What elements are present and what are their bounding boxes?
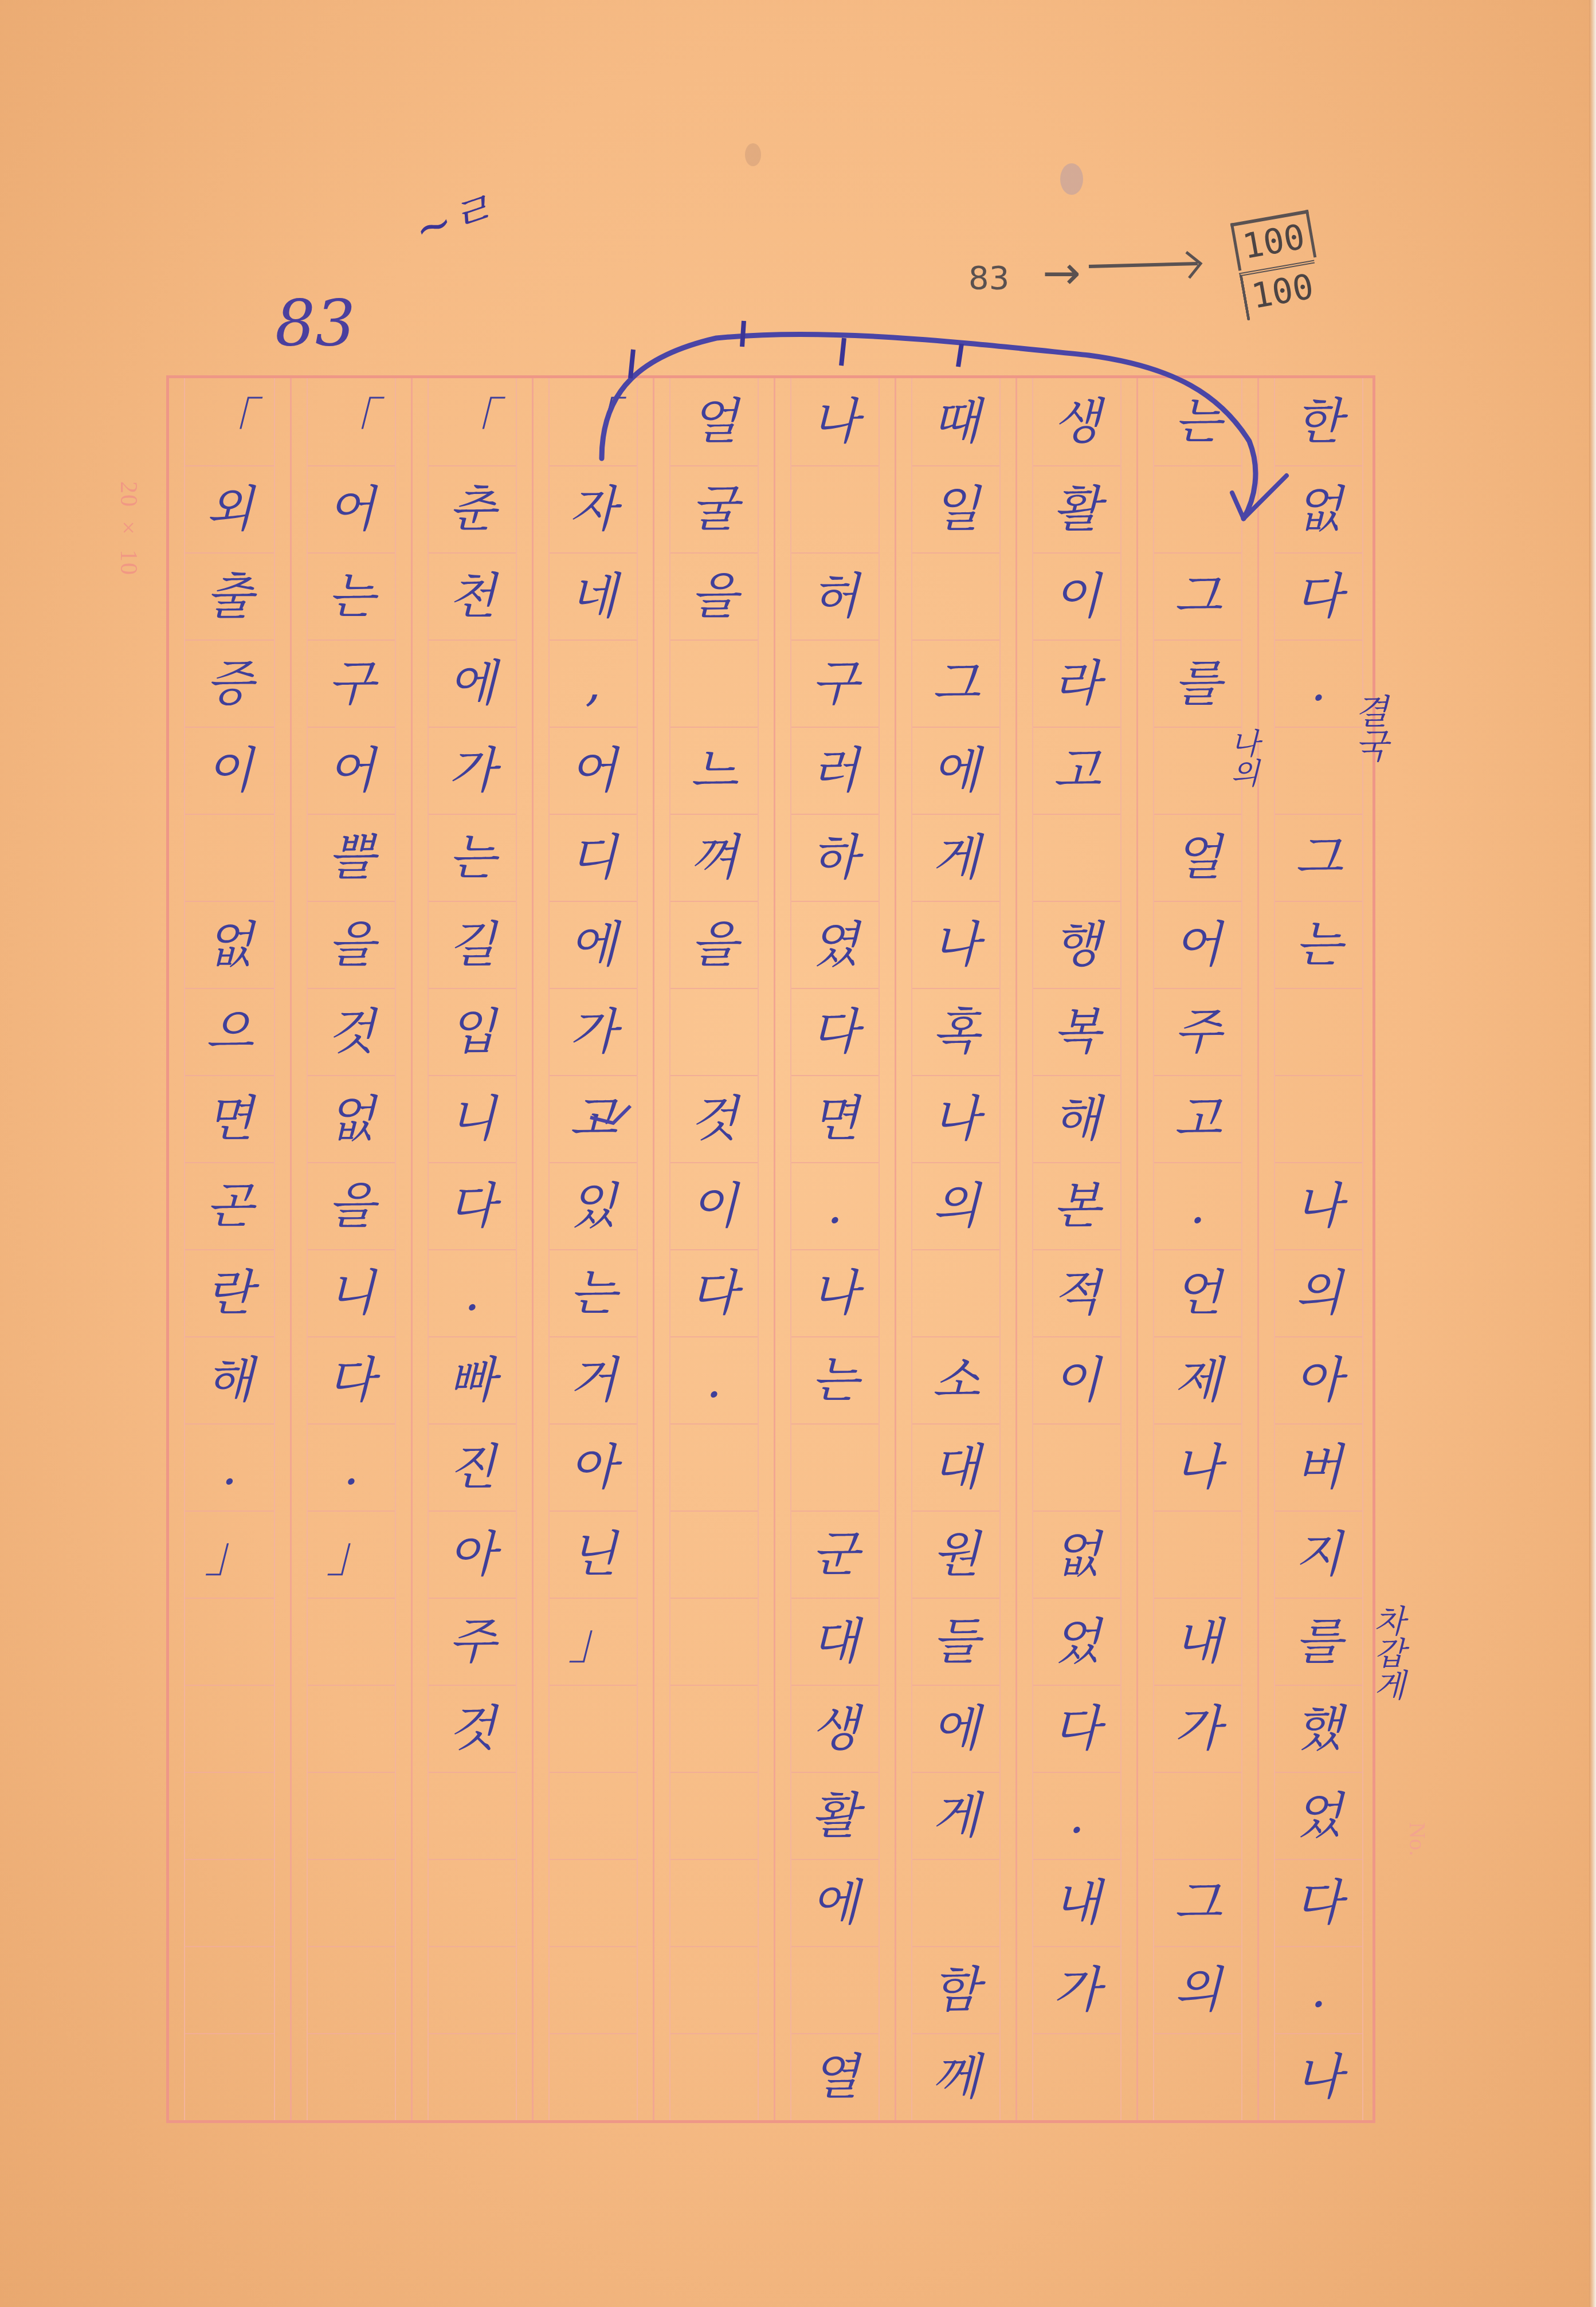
grid-cell: 굴 (670, 465, 758, 552)
grid-cell: 복 (1033, 988, 1120, 1075)
grid-cell: 하 (791, 814, 879, 901)
grid-cell: 버 (1275, 1423, 1362, 1510)
grid-cell: 고 (550, 1075, 637, 1162)
grid-cell (670, 639, 758, 727)
grid-cell: 없 (308, 1075, 395, 1162)
grid-cell: 고 (1154, 1075, 1241, 1162)
grid-cell: 출 (185, 552, 274, 639)
grid-cell: 가 (429, 727, 516, 814)
grid-cell: 자 (550, 465, 637, 552)
grid-cell: 대 (912, 1423, 999, 1510)
grid-cell: 군 (791, 1510, 879, 1598)
grid-cell: 행 (1033, 901, 1120, 988)
grid-cell (1033, 2033, 1120, 2120)
grid-cell: 이 (1033, 552, 1120, 639)
grid-cell: 활 (791, 1772, 879, 1859)
grid-cell (1275, 988, 1362, 1075)
grid-cell (1033, 814, 1120, 901)
column-cells: 생활이라고행복해본적이없었다.내가 (1032, 378, 1121, 2120)
grid-cell: 「 (429, 378, 516, 465)
grid-cell (670, 1598, 758, 1685)
grid-cell: 나 (791, 378, 879, 465)
grid-cell: 였 (791, 901, 879, 988)
grid-cell (670, 1510, 758, 1598)
grid-cell: 가 (1154, 1685, 1241, 1772)
grid-cell (429, 1859, 516, 1946)
grid-cell (670, 1772, 758, 1859)
grid-cell: 다 (429, 1162, 516, 1249)
grid-cell: 열 (791, 2033, 879, 2120)
grid-cell: 거 (550, 1336, 637, 1423)
grid-cell: 소 (912, 1336, 999, 1423)
grid-cell: 을 (670, 552, 758, 639)
grid-cell: 었 (1275, 1772, 1362, 1859)
grid-cell (185, 1946, 274, 2033)
grid-cell: 나 (912, 901, 999, 988)
grid-cell: 아 (429, 1510, 516, 1598)
grid-cell: . (429, 1249, 516, 1336)
pencil-score-box: 100 100 (1218, 190, 1366, 320)
column-cells: 「외출증이없으면곤란해.」 (184, 378, 275, 2120)
grid-cell: 쁠 (308, 814, 395, 901)
grid-cell: 라 (1033, 639, 1120, 727)
grid-cell (550, 1946, 637, 2033)
manuscript-grid: 한없다.그는나의아버지를했었다.나는그를얼어주고.언제나내가그의생활이라고행복해… (166, 375, 1375, 2123)
grid-cell: . (1154, 1162, 1241, 1249)
grid-cell (429, 1946, 516, 2033)
grid-cell (185, 814, 274, 901)
grid-cell: 허 (791, 552, 879, 639)
grid-cell: 내 (1033, 1859, 1120, 1946)
grid-cell: 는 (791, 1336, 879, 1423)
grid-cell: 혹 (912, 988, 999, 1075)
grid-cell: , (550, 639, 637, 727)
grid-cell: 에 (429, 639, 516, 727)
grid-cell: . (1033, 1772, 1120, 1859)
grid-cell: 가 (1033, 1946, 1120, 2033)
grid-cell (185, 1859, 274, 1946)
manuscript-column-7: 「자네,어디에가고있는거아닌」 (532, 378, 653, 2120)
page-no-label: No. (1404, 1822, 1431, 1856)
grid-cell: 그 (1154, 1859, 1241, 1946)
pencil-ref-number: 83 (968, 260, 1009, 297)
margin-insert: 결국 (1344, 693, 1393, 762)
grid-cell: 빠 (429, 1336, 516, 1423)
grid-cell: 활 (1033, 465, 1120, 552)
grid-cell: 곤 (185, 1162, 274, 1249)
grid-cell: 는 (308, 552, 395, 639)
grid-cell: 게 (912, 814, 999, 901)
grid-cell (791, 465, 879, 552)
grid-cell: 이 (670, 1162, 758, 1249)
grid-cell: 「 (550, 378, 637, 465)
grid-cell: 얼 (670, 378, 758, 465)
grid-cell: 러 (791, 727, 879, 814)
manuscript-column-5: 나허구러하였다면.나는군대생활에열 (774, 378, 895, 2120)
grid-cell: 을 (308, 1162, 395, 1249)
grid-cell: 것 (429, 1685, 516, 1772)
grid-cell: 껴 (670, 814, 758, 901)
grid-cell: 없 (185, 901, 274, 988)
grid-cell: 제 (1154, 1336, 1241, 1423)
grid-cell: 얼 (1154, 814, 1241, 901)
grid-cell: 게 (912, 1772, 999, 1859)
header-scribble: ~ㄹ (405, 172, 501, 258)
grid-cell (185, 1685, 274, 1772)
grid-cell: 께 (912, 2033, 999, 2120)
grid-cell (550, 1772, 637, 1859)
grid-cell: . (1275, 1946, 1362, 2033)
margin-insert: 나의 (1221, 728, 1264, 787)
column-cells: 「자네,어디에가고있는거아닌」 (548, 378, 638, 2120)
grid-cell (429, 1772, 516, 1859)
grid-cell: 내 (1154, 1598, 1241, 1685)
grid-cell (1154, 2033, 1241, 2120)
grid-cell (670, 988, 758, 1075)
grid-cell: 의 (1154, 1946, 1241, 2033)
grid-cell (791, 1423, 879, 1510)
grid-cell: 을 (670, 901, 758, 988)
grid-cell: 생 (791, 1685, 879, 1772)
grid-cell: 나 (1154, 1423, 1241, 1510)
manuscript-column-6: 얼굴을느껴을것이다. (653, 378, 774, 2120)
grid-cell: 그 (912, 639, 999, 727)
column-cells: 「춘천에가는길입니다.빠진아주것 (428, 378, 517, 2120)
paper-stain (745, 143, 761, 166)
grid-cell: 한 (1275, 378, 1362, 465)
grid-cell: 있 (550, 1162, 637, 1249)
grid-cell (912, 1859, 999, 1946)
grid-cell (791, 1946, 879, 2033)
grid-cell: 외 (185, 465, 274, 552)
grid-cell (185, 1772, 274, 1859)
column-cells: 「어는구어쁠을것없을니다.」 (307, 378, 396, 2120)
grid-cell (1033, 1423, 1120, 1510)
grid-cell (185, 1598, 274, 1685)
grid-cell: 니 (429, 1075, 516, 1162)
grid-cell: 일 (912, 465, 999, 552)
column-cells: 는그를얼어주고.언제나내가그의 (1153, 378, 1242, 2120)
grid-cell: 천 (429, 552, 516, 639)
grid-cell: 」 (185, 1510, 274, 1598)
grid-cell (185, 2033, 274, 2120)
grid-cell: 는 (1275, 901, 1362, 988)
grid-cell: 어 (308, 727, 395, 814)
grid-size-label: 20 × 10 (115, 481, 142, 576)
manuscript-column-2: 는그를얼어주고.언제나내가그의 (1136, 378, 1257, 2120)
grid-cell: 느 (670, 727, 758, 814)
grid-cell: 언 (1154, 1249, 1241, 1336)
grid-cell: 」 (550, 1598, 637, 1685)
grid-cell: 는 (550, 1249, 637, 1336)
grid-cell: 나 (791, 1249, 879, 1336)
page-edge (1589, 0, 1596, 2307)
grid-cell: 다 (1275, 1859, 1362, 1946)
grid-cell: 란 (185, 1249, 274, 1336)
grid-cell: 아 (550, 1423, 637, 1510)
grid-cell (1275, 1075, 1362, 1162)
grid-cell: . (670, 1336, 758, 1423)
grid-cell: . (185, 1423, 274, 1510)
grid-cell: 했 (1275, 1685, 1362, 1772)
grid-cell (670, 2033, 758, 2120)
grid-cell: 이 (1033, 1336, 1120, 1423)
grid-cell: 다 (1275, 552, 1362, 639)
grid-cell: 길 (429, 901, 516, 988)
grid-cell: . (308, 1423, 395, 1510)
column-cells: 얼굴을느껴을것이다. (669, 378, 759, 2120)
grid-cell (912, 1249, 999, 1336)
grid-cell: 「 (308, 378, 395, 465)
grid-cell: 의 (912, 1162, 999, 1249)
grid-cell: 들 (912, 1598, 999, 1685)
grid-cell: 생 (1033, 378, 1120, 465)
grid-cell: 해 (1033, 1075, 1120, 1162)
grid-cell (912, 552, 999, 639)
grid-cell: 고 (1033, 727, 1120, 814)
grid-cell (550, 1859, 637, 1946)
grid-cell (670, 1946, 758, 2033)
grid-cell (1154, 1510, 1241, 1598)
grid-cell: 는 (1154, 378, 1241, 465)
grid-cell: 를 (1275, 1598, 1362, 1685)
grid-cell: 주 (429, 1598, 516, 1685)
column-cells: 때일그에게나혹나의소대원들에게함께 (911, 378, 1001, 2120)
grid-cell: 의 (1275, 1249, 1362, 1336)
grid-cell: 에 (791, 1859, 879, 1946)
grid-cell: 것 (308, 988, 395, 1075)
grid-cell: 면 (185, 1075, 274, 1162)
score-bottom: 100 (1239, 260, 1323, 320)
grid-cell: 본 (1033, 1162, 1120, 1249)
grid-cell: 에 (550, 901, 637, 988)
grid-cell: 어 (1154, 901, 1241, 988)
grid-cell: 나 (1275, 2033, 1362, 2120)
grid-cell: 나 (1275, 1162, 1362, 1249)
grid-cell (670, 1685, 758, 1772)
grid-cell (1154, 1772, 1241, 1859)
grid-cell: 나 (912, 1075, 999, 1162)
grid-cell: 다 (308, 1336, 395, 1423)
manuscript-column-3: 생활이라고행복해본적이없었다.내가 (1015, 378, 1136, 2120)
grid-cell: . (791, 1162, 879, 1249)
manuscript-column-10: 「외출증이없으면곤란해.」 (169, 378, 290, 2120)
grid-cell: 를 (1154, 639, 1241, 727)
grid-cell: 없 (1033, 1510, 1120, 1598)
grid-cell: 다 (791, 988, 879, 1075)
grid-cell (308, 1685, 395, 1772)
grid-cell: 대 (791, 1598, 879, 1685)
grid-cell (308, 1859, 395, 1946)
grid-cell: 그 (1275, 814, 1362, 901)
grid-cell: 없 (1275, 465, 1362, 552)
grid-cell: 」 (308, 1510, 395, 1598)
manuscript-column-1: 한없다.그는나의아버지를했었다.나 (1257, 378, 1378, 2120)
grid-cell: 주 (1154, 988, 1241, 1075)
grid-cell (550, 1685, 637, 1772)
arrow-right-icon: → (1042, 246, 1081, 300)
grid-cell (308, 2033, 395, 2120)
grid-cell: 에 (912, 1685, 999, 1772)
column-cells: 나허구러하였다면.나는군대생활에열 (790, 378, 880, 2120)
grid-cell (308, 1598, 395, 1685)
grid-cell (550, 2033, 637, 2120)
grid-cell: 지 (1275, 1510, 1362, 1598)
grid-cell: 증 (185, 639, 274, 727)
grid-cell: 적 (1033, 1249, 1120, 1336)
grid-cell: 춘 (429, 465, 516, 552)
grid-cell: 어 (550, 727, 637, 814)
grid-cell: 아 (1275, 1336, 1362, 1423)
grid-cell: 다 (1033, 1685, 1120, 1772)
paper-stain (1060, 163, 1083, 195)
grid-cell: 입 (429, 988, 516, 1075)
grid-cell: 이 (185, 727, 274, 814)
manuscript-column-9: 「어는구어쁠을것없을니다.」 (290, 378, 411, 2120)
grid-cell: 으 (185, 988, 274, 1075)
grid-cell: 닌 (550, 1510, 637, 1598)
grid-cell: 구 (791, 639, 879, 727)
grid-cell: 그 (1154, 552, 1241, 639)
grid-cell: 가 (550, 988, 637, 1075)
grid-cell: 함 (912, 1946, 999, 2033)
grid-cell: 디 (550, 814, 637, 901)
grid-cell: 구 (308, 639, 395, 727)
grid-cell: 는 (429, 814, 516, 901)
grid-cell (670, 1423, 758, 1510)
margin-insert: 차갑게 (1364, 1604, 1410, 1701)
grid-cell: 면 (791, 1075, 879, 1162)
grid-cell: 니 (308, 1249, 395, 1336)
pencil-reference: 83 → (968, 246, 1081, 300)
manuscript-column-4: 때일그에게나혹나의소대원들에게함께 (895, 378, 1015, 2120)
grid-cell (308, 1946, 395, 2033)
grid-cell (670, 1859, 758, 1946)
grid-cell (1154, 465, 1241, 552)
grid-cell (429, 2033, 516, 2120)
grid-cell: 네 (550, 552, 637, 639)
grid-cell: 에 (912, 727, 999, 814)
manuscript-column-8: 「춘천에가는길입니다.빠진아주것 (411, 378, 532, 2120)
grid-cell: 해 (185, 1336, 274, 1423)
grid-cell: 것 (670, 1075, 758, 1162)
grid-cell (308, 1772, 395, 1859)
grid-cell: 때 (912, 378, 999, 465)
grid-cell: 진 (429, 1423, 516, 1510)
grid-cell: 원 (912, 1510, 999, 1598)
grid-cell: 「 (185, 378, 274, 465)
grid-cell: 다 (670, 1249, 758, 1336)
column-cells: 한없다.그는나의아버지를했었다.나 (1274, 378, 1363, 2120)
grid-cell: 어 (308, 465, 395, 552)
grid-cell: 었 (1033, 1598, 1120, 1685)
grid-cell: 을 (308, 901, 395, 988)
page-number: 83 (275, 287, 355, 360)
